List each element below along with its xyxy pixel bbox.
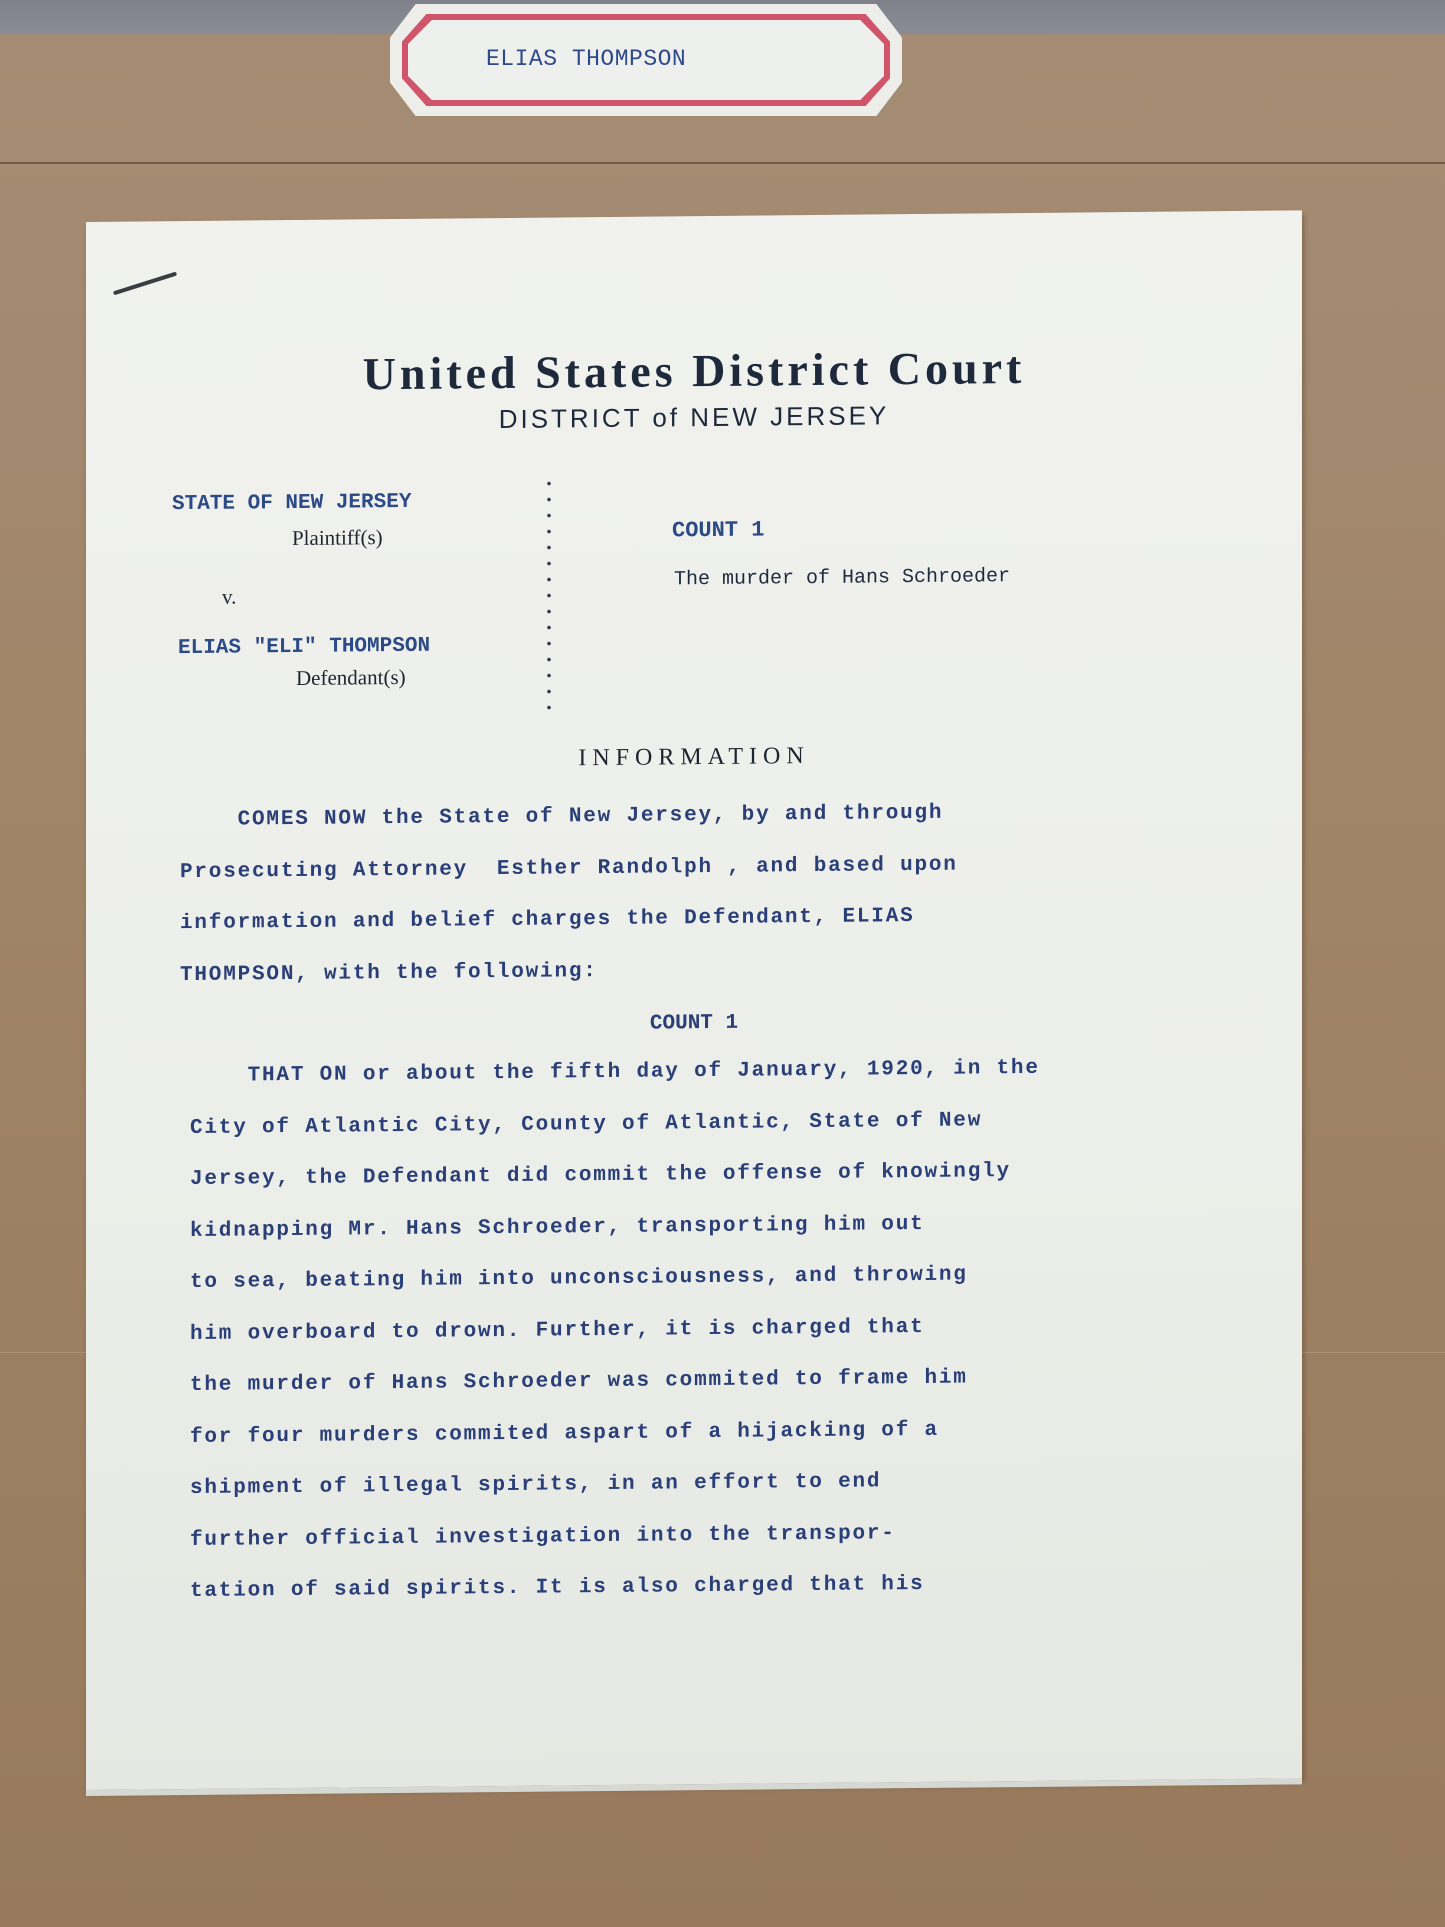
court-subtitle: DISTRICT of NEW JERSEY [86,396,1302,439]
plaintiff-role: Plaintiff(s) [292,525,383,551]
defendant-name: ELIAS "ELI" THOMPSON [178,635,430,660]
text-line: tation of said spirits. It is also charg… [190,1556,1240,1618]
staple-icon [113,272,177,296]
count-paragraph: THAT ON or about the fifth day of Januar… [190,1041,1240,1618]
intro-paragraph: COMES NOW the State of New Jersey, by an… [180,785,1230,1001]
folder-flap-crease [0,162,1445,164]
plaintiff-name: STATE OF NEW JERSEY [172,491,411,516]
section-title: INFORMATION [86,738,1302,777]
caption-count-heading: COUNT 1 [672,517,764,543]
caption-divider [546,476,552,720]
defendant-role: Defendant(s) [296,665,406,691]
case-caption-parties: STATE OF NEW JERSEY Plaintiff(s) v. ELIA… [166,489,626,493]
court-title: United States District Court [86,338,1302,403]
folder-label: ELIAS THOMPSON [390,4,902,116]
document-page: United States District Court DISTRICT of… [86,210,1302,1790]
folder-label-text: ELIAS THOMPSON [486,46,686,72]
versus-label: v. [222,585,236,610]
caption-count-description: The murder of Hans Schroeder [674,565,1010,591]
count-heading: COUNT 1 [86,1006,1302,1041]
text-line: THOMPSON, with the following: [180,940,1230,1002]
